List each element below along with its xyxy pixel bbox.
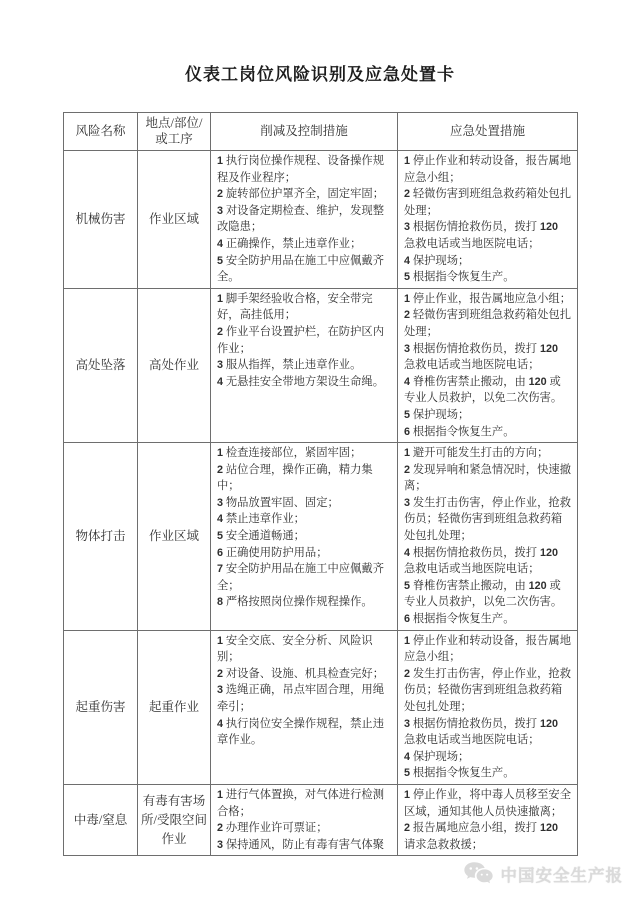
table-header-row: 风险名称 地点/部位/ 或工序 削减及控制措施 应急处置措施 (64, 113, 578, 151)
table-row: 中毒/窒息 有毒有害场所/受限空间作业 1 进行气体置换，对气体进行检测合格； … (64, 784, 578, 855)
risk-table: 风险名称 地点/部位/ 或工序 削减及控制措施 应急处置措施 机械伤害 作业区域… (63, 112, 578, 856)
header-control-measures: 削减及控制措施 (211, 113, 398, 151)
location-cell: 作业区域 (138, 443, 211, 631)
location-cell: 有毒有害场所/受限空间作业 (138, 784, 211, 855)
risk-name-cell: 中毒/窒息 (64, 784, 138, 855)
risk-name-cell: 机械伤害 (64, 151, 138, 289)
brand-name: 中国安全生产报 (501, 862, 624, 886)
emergency-measures-cell: 1 停止作业，报告属地应急小组； 2 轻微伤害到班组急救药箱处包扎处理； 3 根… (398, 288, 578, 442)
header-emergency-measures: 应急处置措施 (398, 113, 578, 151)
location-cell: 作业区域 (138, 151, 211, 289)
emergency-measures-cell: 1 停止作业，将中毒人员移至安全区域，通知其他人员快速撤离； 2 报告属地应急小… (398, 784, 578, 855)
header-location: 地点/部位/ 或工序 (138, 113, 211, 151)
table-row: 起重伤害 起重作业 1 安全交底、安全分析、风险识别； 2 对设备、设施、机具检… (64, 630, 578, 784)
page-title: 仪表工岗位风险识别及应急处置卡 (0, 0, 640, 85)
emergency-measures-cell: 1 停止作业和转动设备，报告属地应急小组； 2 发生打击伤害，停止作业，抢救伤员… (398, 630, 578, 784)
risk-name-cell: 物体打击 (64, 443, 138, 631)
table-row: 物体打击 作业区域 1 检查连接部位，紧固牢固； 2 站位合理，操作正确，精力集… (64, 443, 578, 631)
document-page: 仪表工岗位风险识别及应急处置卡 风险名称 地点/部位/ 或工序 削减及控制措施 … (0, 0, 640, 906)
table-row: 机械伤害 作业区域 1 执行岗位操作规程、设备操作规程及作业程序； 2 旋转部位… (64, 151, 578, 289)
control-measures-cell: 1 脚手架经验收合格，安全带完好，高挂低用； 2 作业平台设置护栏，在防护区内作… (211, 288, 398, 442)
control-measures-cell: 1 进行气体置换，对气体进行检测合格； 2 办理作业许可票证； 3 保持通风，防… (211, 784, 398, 855)
control-measures-cell: 1 安全交底、安全分析、风险识别； 2 对设备、设施、机具检查完好； 3 选绳正… (211, 630, 398, 784)
location-cell: 高处作业 (138, 288, 211, 442)
risk-name-cell: 起重伤害 (64, 630, 138, 784)
location-cell: 起重作业 (138, 630, 211, 784)
control-measures-cell: 1 检查连接部位，紧固牢固； 2 站位合理，操作正确，精力集中； 3 物品放置牢… (211, 443, 398, 631)
header-risk-name: 风险名称 (64, 113, 138, 151)
watermark-brand: 中国安全生产报 (463, 861, 624, 887)
table-row: 高处坠落 高处作业 1 脚手架经验收合格，安全带完好，高挂低用； 2 作业平台设… (64, 288, 578, 442)
emergency-measures-cell: 1 避开可能发生打击的方向； 2 发现异响和紧急情况时，快速撤离； 3 发生打击… (398, 443, 578, 631)
emergency-measures-cell: 1 停止作业和转动设备，报告属地应急小组； 2 轻微伤害到班组急救药箱处包扎处理… (398, 151, 578, 289)
wechat-icon (463, 861, 494, 887)
risk-name-cell: 高处坠落 (64, 288, 138, 442)
control-measures-cell: 1 执行岗位操作规程、设备操作规程及作业程序； 2 旋转部位护罩齐全，固定牢固；… (211, 151, 398, 289)
